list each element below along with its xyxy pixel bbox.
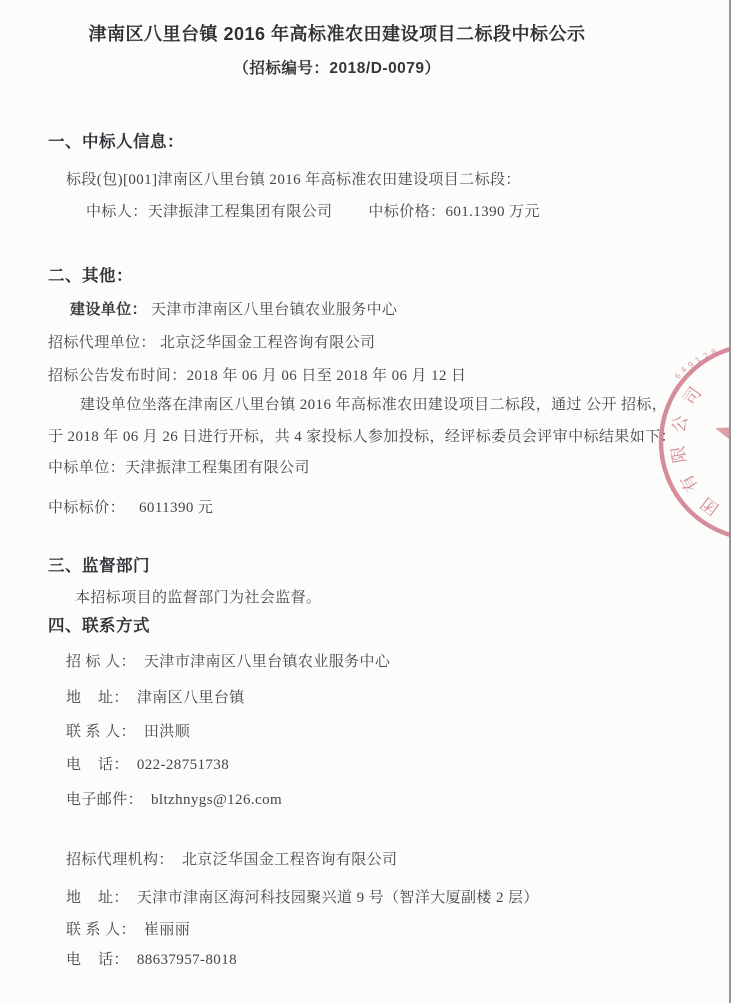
agency-phone-row: 电 话：88637957-8018 bbox=[66, 950, 694, 970]
agency-address-label: 地 址： bbox=[66, 890, 129, 906]
tenderer-phone-row: 电 话：022-28751738 bbox=[66, 755, 694, 775]
agency-unit-label: 招标代理单位： bbox=[48, 335, 156, 351]
agency-unit-row: 招标代理单位：北京泛华国金工程咨询有限公司 bbox=[48, 333, 694, 353]
winner-row: 中标人：天津振津工程集团有限公司中标价格：601.1390 万元 bbox=[86, 202, 694, 222]
section-3-heading: 三、监督部门 bbox=[48, 555, 694, 577]
tenderer-phone-value: 022-28751738 bbox=[137, 757, 229, 773]
agency-address-value: 天津市津南区海河科技园聚兴道 9 号（智洋大厦副楼 2 层） bbox=[137, 890, 539, 906]
award-unit-row: 中标单位：天津振津工程集团有限公司 bbox=[48, 458, 694, 478]
agency-contact-person-label: 联 系 人： bbox=[66, 922, 136, 938]
document-page: 津南区八里台镇 2016 年高标准农田建设项目二标段中标公示 （招标编号：201… bbox=[0, 0, 734, 1003]
winner-value: 天津振津工程集团有限公司 bbox=[148, 204, 333, 220]
tenderer-name-value: 天津市津南区八里台镇农业服务中心 bbox=[144, 654, 390, 670]
agency-name-value: 北京泛华国金工程咨询有限公司 bbox=[182, 852, 398, 868]
tenderer-contact-person-row: 联 系 人：田洪顺 bbox=[66, 722, 694, 742]
tenderer-name-label: 招 标 人： bbox=[66, 654, 136, 670]
agency-name-row: 招标代理机构：北京泛华国金工程咨询有限公司 bbox=[66, 850, 694, 870]
award-unit-value: 天津振津工程集团有限公司 bbox=[125, 460, 310, 476]
tenderer-contact-person-label: 联 系 人： bbox=[66, 724, 136, 740]
agency-contact-person-row: 联 系 人：崔丽丽 bbox=[66, 920, 694, 940]
opening-paragraph-line-2: 于 2018 年 06 月 26 日进行开标，共 4 家投标人参加投标，经评标委… bbox=[48, 427, 694, 447]
document-body: 津南区八里台镇 2016 年高标准农田建设项目二标段中标公示 （招标编号：201… bbox=[0, 0, 734, 1003]
tenderer-contact-person-value: 田洪顺 bbox=[144, 724, 190, 740]
announcement-period-row: 招标公告发布时间：2018 年 06 月 06 日至 2018 年 06 月 1… bbox=[48, 366, 694, 386]
tender-number-subtitle: （招标编号：2018/D-0079） bbox=[48, 58, 694, 80]
agency-address-row: 地 址：天津市津南区海河科技园聚兴道 9 号（智洋大厦副楼 2 层） bbox=[66, 888, 694, 908]
agency-contact-person-value: 崔丽丽 bbox=[144, 922, 190, 938]
section-2-heading: 二、其他： bbox=[48, 265, 694, 287]
price-label: 中标价格： bbox=[368, 204, 445, 220]
agency-name-label: 招标代理机构： bbox=[66, 852, 174, 868]
price-value: 601.1390 万元 bbox=[445, 204, 539, 220]
tenderer-address-label: 地 址： bbox=[66, 690, 129, 706]
agency-phone-label: 电 话： bbox=[66, 952, 129, 968]
award-price-row: 中标标价：6011390 元 bbox=[48, 498, 694, 518]
winner-label: 中标人： bbox=[86, 204, 148, 220]
agency-unit-value: 北京泛华国金工程咨询有限公司 bbox=[160, 335, 376, 351]
page-title: 津南区八里台镇 2016 年高标准农田建设项目二标段中标公示 bbox=[48, 22, 694, 46]
agency-phone-value: 88637957-8018 bbox=[137, 952, 237, 968]
tenderer-email-label: 电子邮件： bbox=[66, 792, 143, 808]
tenderer-name-row: 招 标 人：天津市津南区八里台镇农业服务中心 bbox=[66, 652, 694, 672]
construction-unit-label: 建设单位： bbox=[70, 301, 147, 318]
announcement-period-value: 2018 年 06 月 06 日至 2018 年 06 月 12 日 bbox=[187, 368, 467, 384]
section-1-heading: 一、中标人信息： bbox=[48, 131, 694, 153]
section-4-heading: 四、联系方式 bbox=[48, 615, 694, 637]
announcement-period-label: 招标公告发布时间： bbox=[48, 368, 187, 384]
opening-paragraph-line-1: 建设单位坐落在津南区八里台镇 2016 年高标准农田建设项目二标段，通过 公开 … bbox=[48, 395, 694, 415]
tenderer-email-row: 电子邮件：bltzhnygs@126.com bbox=[66, 790, 694, 810]
supervision-text: 本招标项目的监督部门为社会监督。 bbox=[75, 588, 694, 608]
award-price-value: 6011390 元 bbox=[139, 500, 213, 516]
tenderer-phone-label: 电 话： bbox=[66, 757, 129, 773]
construction-unit-row: 建设单位：天津市津南区八里台镇农业服务中心 bbox=[70, 300, 694, 320]
award-unit-label: 中标单位： bbox=[48, 460, 125, 476]
tenderer-address-value: 津南区八里台镇 bbox=[137, 690, 245, 706]
tenderer-email-value: bltzhnygs@126.com bbox=[151, 792, 282, 808]
tenderer-address-row: 地 址：津南区八里台镇 bbox=[66, 688, 694, 708]
construction-unit-value: 天津市津南区八里台镇农业服务中心 bbox=[151, 302, 397, 318]
lot-line: 标段(包)[001]津南区八里台镇 2016 年高标准农田建设项目二标段： bbox=[66, 170, 694, 190]
award-price-label: 中标标价： bbox=[48, 500, 125, 516]
